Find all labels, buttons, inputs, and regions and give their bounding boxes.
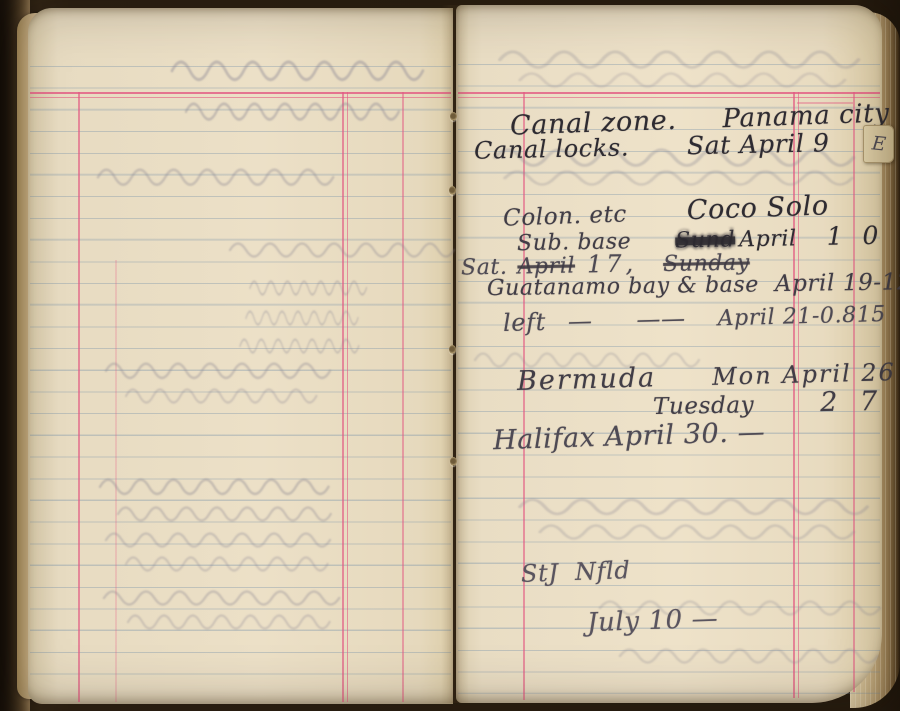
entry-day: 2 7: [820, 386, 884, 418]
entry-text: July 10 —: [587, 604, 719, 639]
margin-rule: [115, 260, 117, 702]
dash: ——: [636, 304, 686, 333]
stitch-hole: [450, 112, 457, 121]
ruled-lines-left: [30, 66, 451, 694]
stitch-hole: [450, 457, 457, 466]
notebook-scan: Canal zone.Panama city Canal locks.Sat A…: [0, 0, 900, 711]
entry-day: 1 0: [826, 221, 884, 251]
margin-rule: [402, 92, 404, 702]
entry-st-johns: StJ Nfld: [521, 556, 631, 588]
margin-rule: [347, 92, 349, 702]
tab-label: E: [870, 132, 886, 155]
margin-rule: [342, 92, 344, 702]
entry-july: July 10 —: [587, 604, 719, 639]
margin-rule: [78, 92, 80, 702]
dash: —: [567, 307, 592, 336]
entry-note: April 19-1200: [775, 269, 900, 297]
entry-text: Tuesday: [653, 392, 755, 420]
entry-note: April 21-0.815: [717, 302, 886, 331]
index-tab-e: E: [863, 125, 894, 163]
gutter-crease: [441, 5, 469, 703]
entry-text: Bermuda: [517, 362, 657, 397]
header-rule: [30, 92, 451, 94]
entry-note: Coco Solo: [686, 190, 829, 226]
entry-text: Canal locks.: [474, 133, 630, 164]
header-rule: [458, 92, 880, 94]
stitch-hole: [449, 186, 456, 195]
stitch-hole: [449, 345, 456, 354]
entry-note: Sat April 9: [687, 128, 830, 160]
entry-text: StJ Nfld: [521, 556, 631, 588]
entry-text: left: [503, 308, 547, 337]
entry-tuesday: Tuesday2 7: [653, 386, 885, 421]
header-rule: [30, 97, 451, 99]
header-rule: [458, 97, 880, 99]
entry-text: Guatanamo bay & base: [487, 272, 759, 301]
